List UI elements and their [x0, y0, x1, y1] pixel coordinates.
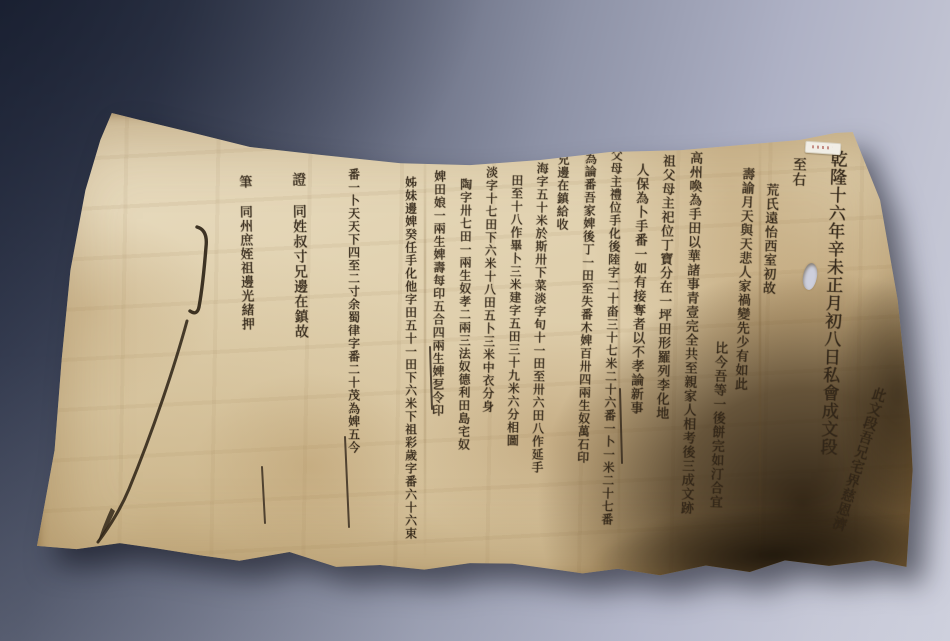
text-column: 高州喚為手田以華諸事青壹完全共至親家人相考後三成文跡	[678, 151, 701, 515]
text-column: 為論番吾家婢後丁一田至失番木婢百卅四兩生奴萬石印	[576, 152, 597, 464]
signature-flourish	[37, 113, 917, 578]
text-column: 證 同姓叔寸兄邊在鎮故	[291, 172, 308, 339]
text-column: 海字五十米於斯卅下菜淡字旬十一田至卅六田八作延手	[530, 162, 548, 474]
catalog-label-sticker	[805, 141, 842, 155]
manuscript-photo: 乾隆十六年辛未正月初八日私會成文段此文段吾兄宅界慈恩濟至右荒氏遠怡西室初故壽諭月…	[0, 0, 950, 641]
text-column: 祖父母主祀位丁寶分在一坪田形羅列李化地	[654, 154, 674, 420]
label-illegible-marks	[812, 145, 832, 149]
text-column: 淡字十七田下六米十八田五卜三米中衣分身	[481, 166, 498, 413]
text-column: 人保為卜手番一如有接奪者以不孝論新事	[628, 163, 648, 415]
text-column: 婢田娘一兩生婢壽每印五合四兩生婢乭令印	[431, 170, 446, 417]
fold-crease	[759, 132, 761, 560]
text-column: 比今吾等一後餅完如汀合宜	[707, 341, 726, 509]
text-column: 陶字卅七田一兩生奴孝二兩三法奴德利田島宅奴	[457, 178, 472, 451]
text-column: 番一卜天天下四至二寸余蜀律字番二十茂為婢五今	[347, 168, 359, 454]
text-column: 筆 同州庶姪祖邊光緒押	[237, 175, 253, 331]
text-column: 壽諭月天與天悲人家禍變先少有如此	[732, 167, 753, 391]
manuscript-paper: 乾隆十六年辛未正月初八日私會成文段此文段吾兄宅界慈恩濟至右荒氏遠怡西室初故壽諭月…	[37, 113, 917, 578]
text-column: 兄邊在鎮給收	[555, 153, 569, 231]
fold-crease	[424, 132, 426, 560]
text-column: 至右	[790, 157, 806, 187]
text-column: 荒氏遠怡西室初故	[760, 183, 777, 295]
text-column: 田至十八作畢卜三米建字五田三十九米六分相圖	[506, 174, 523, 447]
photo-backdrop: 乾隆十六年辛未正月初八日私會成文段此文段吾兄宅界慈恩濟至右荒氏遠怡西室初故壽諭月…	[0, 0, 950, 641]
text-column: 姊妹邊婢癸任手化他字田五十一田下六米下祖彩歲字番六十六束	[404, 176, 416, 540]
